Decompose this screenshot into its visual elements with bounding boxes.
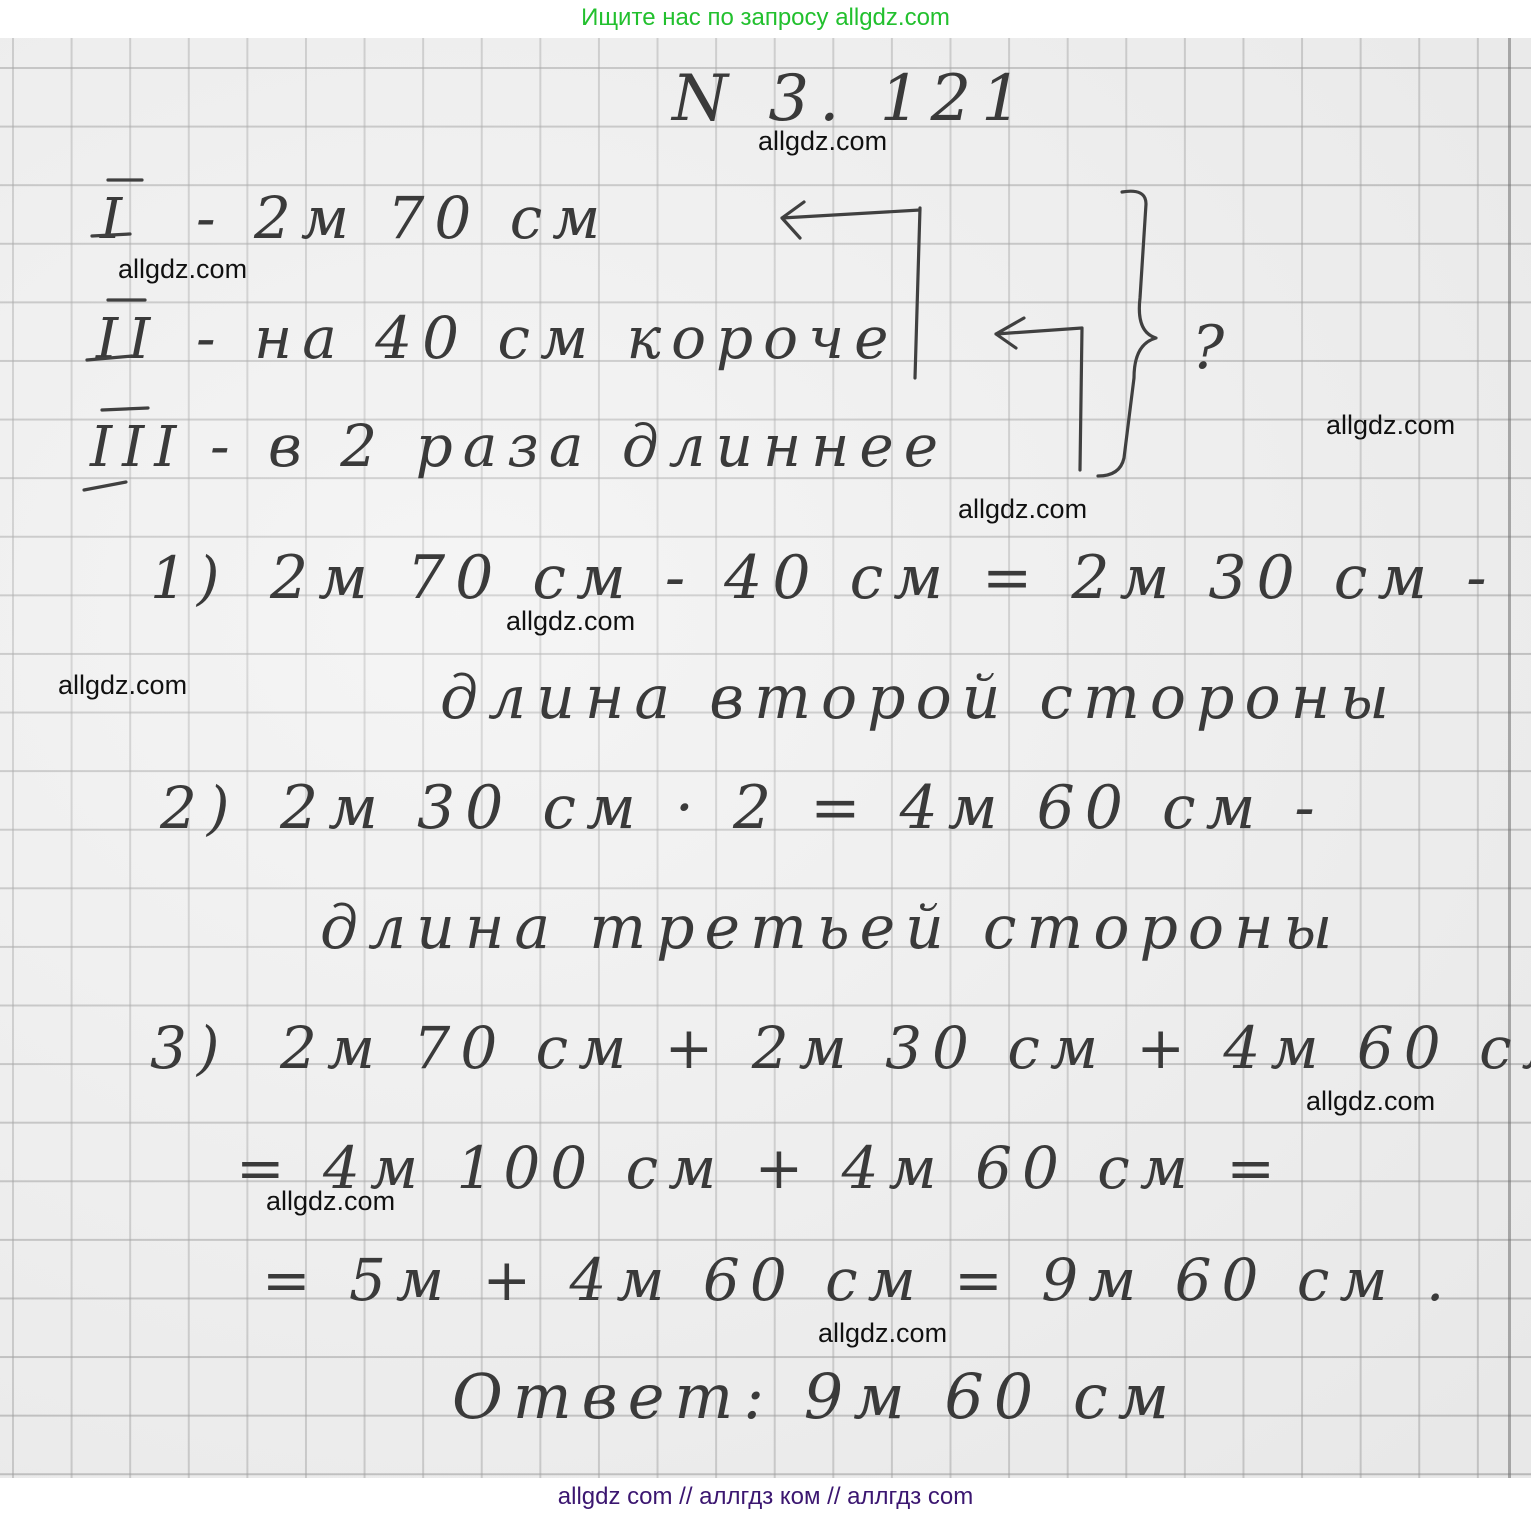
step-label: 2) <box>159 774 240 842</box>
step-expression: 2м 70 см + 2м 30 см + 4м 60 см = <box>279 1014 1531 1082</box>
arrow-icon <box>996 318 1082 470</box>
watermark: allgdz.com <box>1306 1086 1435 1117</box>
condition-text: - на 40 см короче <box>196 304 899 372</box>
condition-marker: II <box>95 307 160 372</box>
watermark: allgdz.com <box>266 1186 395 1217</box>
condition-text: - 2м 70 см <box>196 184 610 252</box>
watermark: allgdz.com <box>58 670 187 701</box>
condition-row-3: III - в 2 раза длиннее <box>89 412 948 480</box>
notebook-page: N 3. 121 I - 2м 70 см II - на 40 см коро… <box>0 38 1531 1478</box>
step-label: 1) <box>150 544 230 612</box>
condition-text: - в 2 раза длиннее <box>210 412 948 480</box>
top-banner: Ищите нас по запросу allgdz.com <box>0 0 1531 38</box>
condition-row-1: I - 2м 70 см <box>99 184 610 252</box>
step-expression: 2м 70 см - 40 см = 2м 30 см - <box>269 543 1496 613</box>
condition-marker: III <box>89 415 186 480</box>
watermark: allgdz.com <box>958 494 1087 525</box>
question-mark: ? <box>1192 313 1234 383</box>
watermark: allgdz.com <box>818 1318 947 1349</box>
condition-marker: I <box>99 187 132 252</box>
watermark: allgdz.com <box>118 254 247 285</box>
step-expression: 2м 30 см · 2 = 4м 60 см - <box>279 773 1325 843</box>
step-continuation: = 5м + 4м 60 см = 9м 60 см . <box>262 1246 1454 1314</box>
watermark: allgdz.com <box>758 126 887 157</box>
watermark: allgdz.com <box>1326 410 1455 441</box>
step-comment: длина второй стороны <box>440 663 1399 733</box>
condition-row-2: II - на 40 см короче <box>95 304 899 372</box>
curly-brace-icon <box>1098 191 1156 476</box>
bottom-banner: allgdz com // аллгдз ком // аллгдз com <box>0 1478 1531 1517</box>
step-comment: длина третьей стороны <box>320 893 1342 963</box>
watermark: allgdz.com <box>506 606 635 637</box>
answer: Ответ: 9м 60 см <box>452 1360 1179 1433</box>
problem-number: N 3. 121 <box>670 62 1032 136</box>
step-label: 3) <box>150 1014 230 1082</box>
